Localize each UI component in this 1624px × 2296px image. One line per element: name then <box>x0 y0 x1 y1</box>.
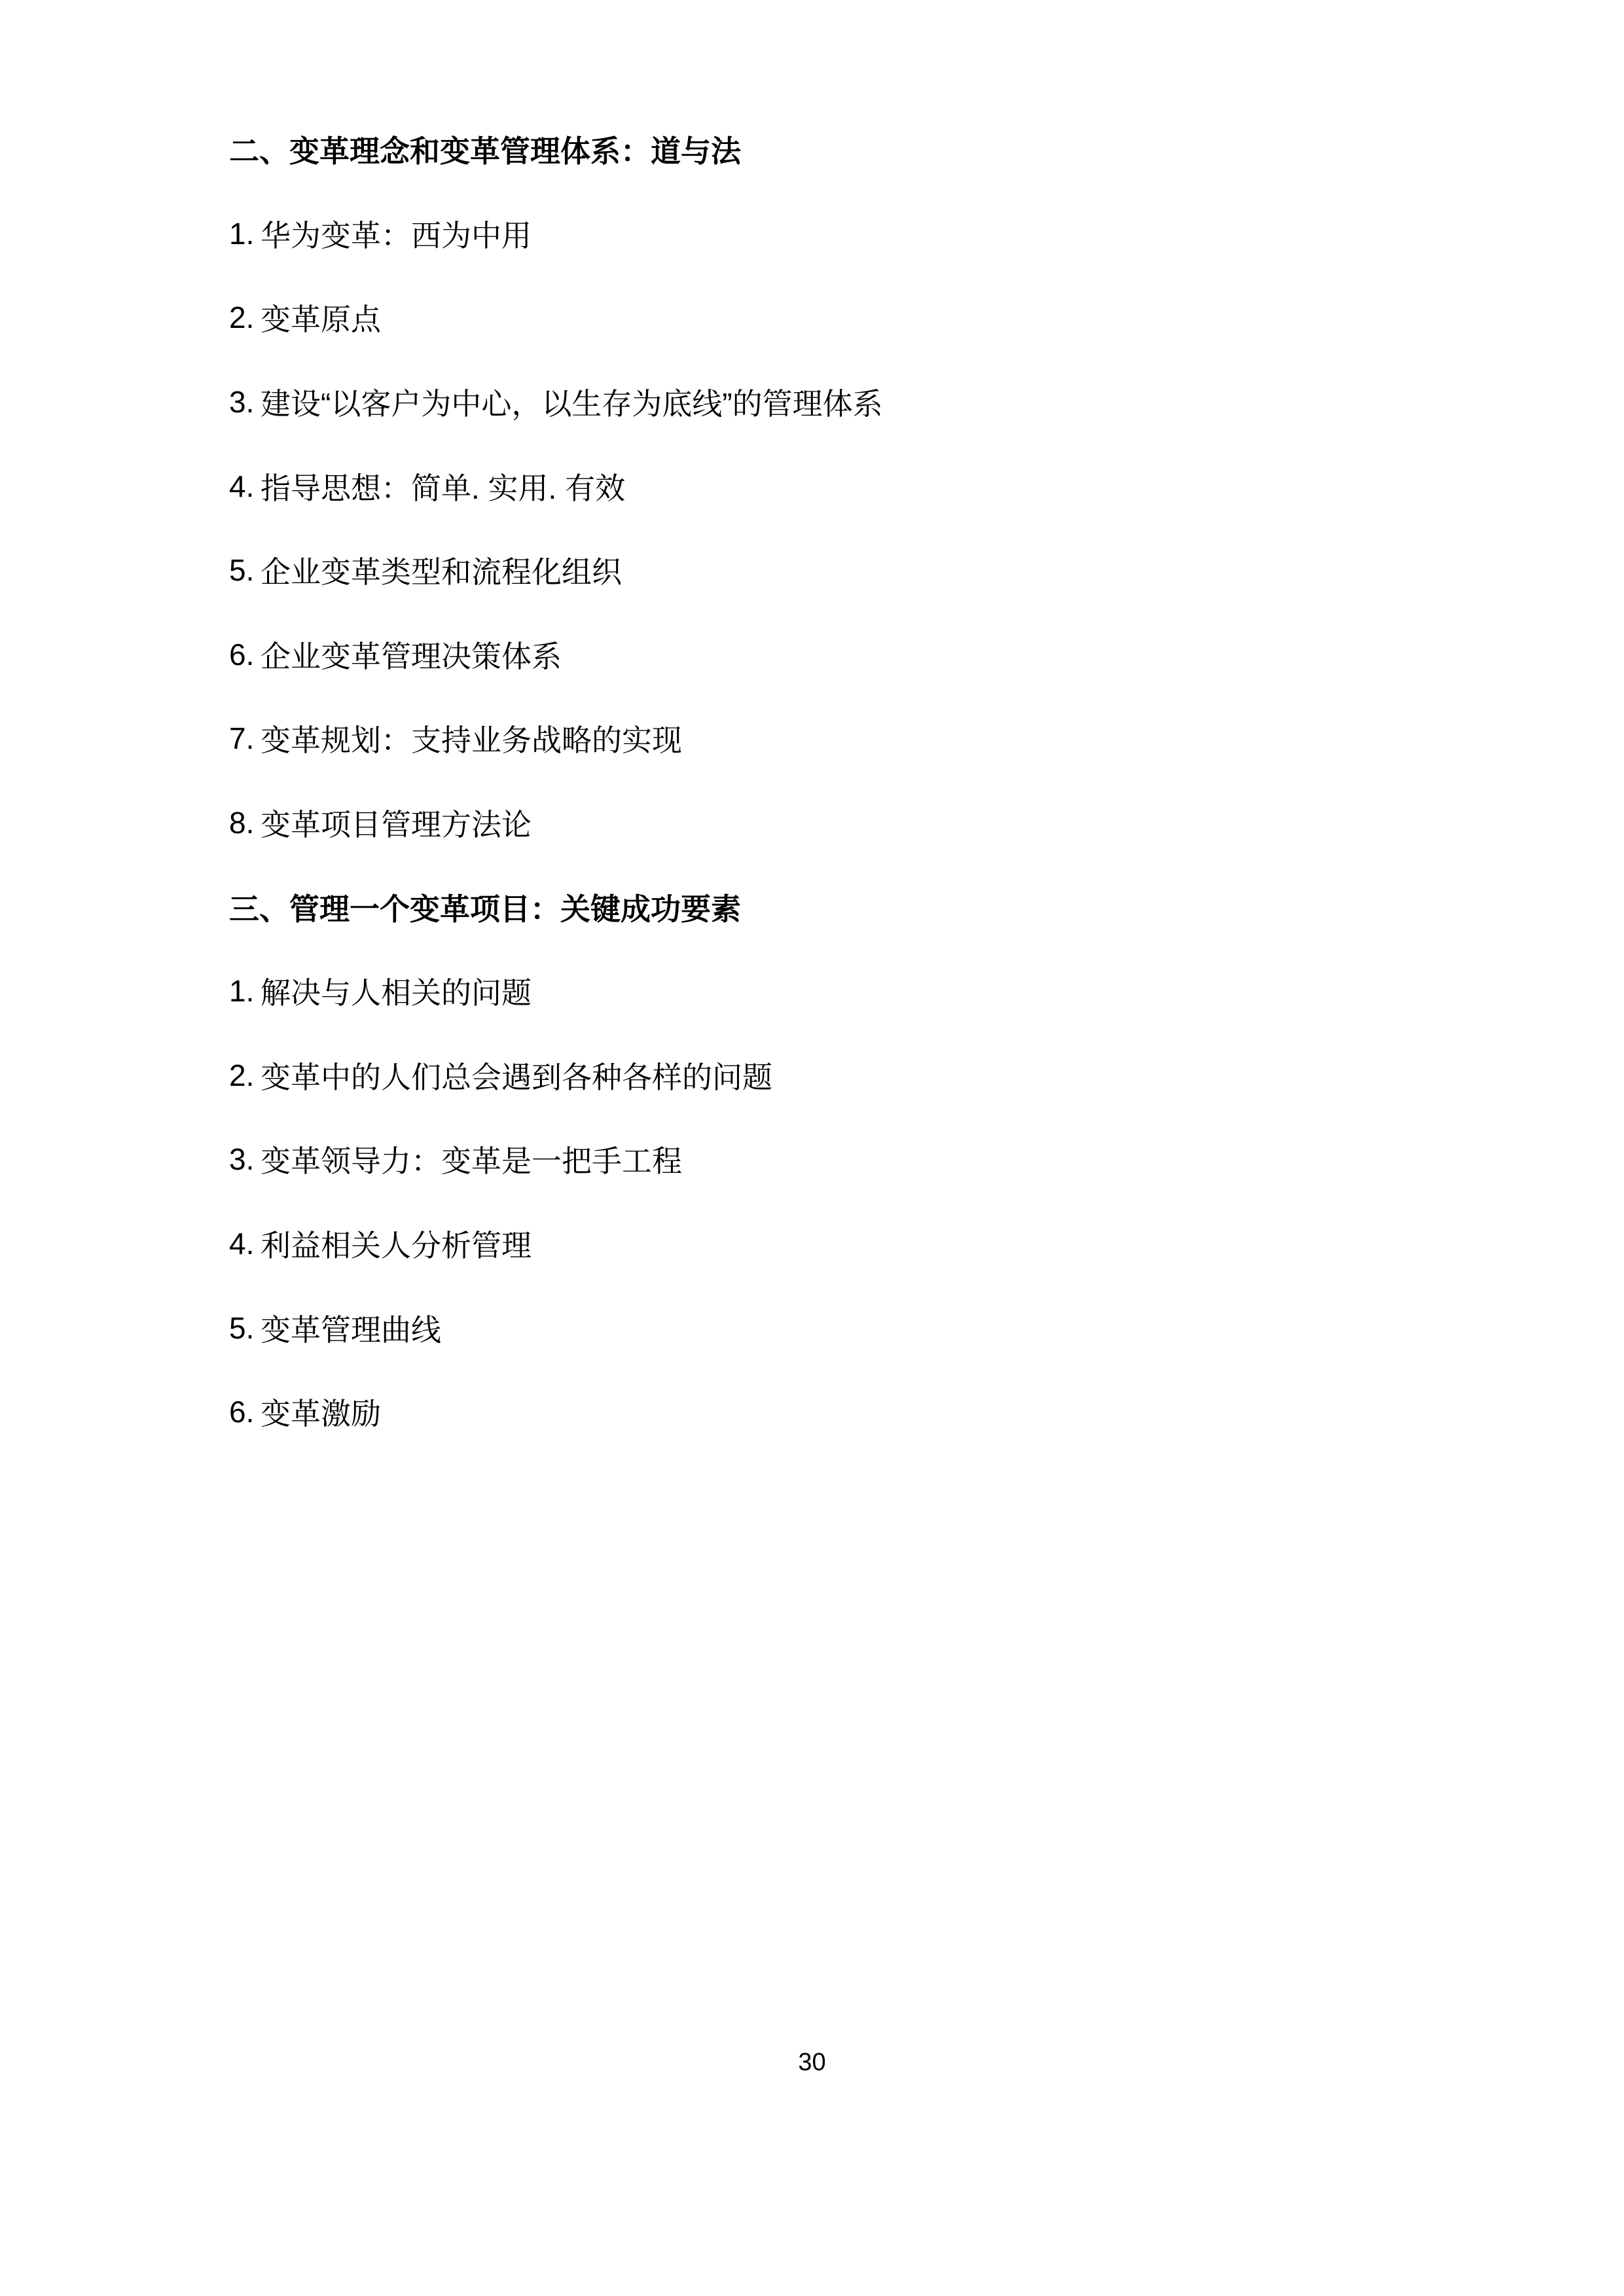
list-item: 4. 指导思想：简单. 实用. 有效 <box>229 444 1467 528</box>
item-text: 变革项目管理方法论 <box>261 801 532 844</box>
list-item: 5. 变革管理曲线 <box>229 1285 1467 1370</box>
page-number: 30 <box>0 2049 1624 2077</box>
item-number: 8. <box>229 805 261 840</box>
section-heading: 二、 变革理念和变革管理体系：道与法 <box>229 107 1467 192</box>
list-item: 2. 变革中的人们总会遇到各种各样的问题 <box>229 1033 1467 1118</box>
list-item: 6. 企业变革管理决策体系 <box>229 613 1467 697</box>
list-item: 4. 利益相关人分析管理 <box>229 1202 1467 1286</box>
list-item: 1. 解决与人相关的问题 <box>229 949 1467 1033</box>
item-number: 3. <box>229 384 261 420</box>
list-item: 8. 变革项目管理方法论 <box>229 781 1467 865</box>
item-number: 4. <box>229 469 261 504</box>
item-number: 1. <box>229 216 261 251</box>
list-item: 1. 华为变革：西为中用 <box>229 192 1467 276</box>
item-number: 6. <box>229 637 261 672</box>
item-text: 变革规划：支持业务战略的实现 <box>261 717 682 760</box>
heading-number: 三、 <box>229 886 289 929</box>
list-item: 3. 建设“以客户为中心，以生存为底线”的管理体系 <box>229 360 1467 444</box>
item-text: 变革领导力：变革是一把手工程 <box>261 1138 682 1181</box>
item-text: 企业变革类型和流程化组织 <box>261 548 622 592</box>
list-item: 7. 变革规划：支持业务战略的实现 <box>229 696 1467 781</box>
list-item: 5. 企业变革类型和流程化组织 <box>229 528 1467 613</box>
item-text: 企业变革管理决策体系 <box>261 633 562 676</box>
item-number: 6. <box>229 1394 261 1429</box>
section-heading: 三、 管理一个变革项目：关键成功要素 <box>229 865 1467 949</box>
item-number: 2. <box>229 300 261 335</box>
item-number: 5. <box>229 552 261 588</box>
heading-title: 变革理念和变革管理体系：道与法 <box>289 128 741 171</box>
item-number: 2. <box>229 1058 261 1093</box>
document-page: 二、 变革理念和变革管理体系：道与法 1. 华为变革：西为中用 2. 变革原点 … <box>0 0 1624 2296</box>
item-text: 指导思想：简单. 实用. 有效 <box>261 465 625 508</box>
heading-title: 管理一个变革项目：关键成功要素 <box>289 886 741 929</box>
item-text: 华为变革：西为中用 <box>261 212 532 255</box>
item-text: 变革激励 <box>261 1390 381 1433</box>
item-number: 3. <box>229 1141 261 1177</box>
document-body: 二、 变革理念和变革管理体系：道与法 1. 华为变革：西为中用 2. 变革原点 … <box>229 107 1467 1454</box>
item-number: 7. <box>229 721 261 756</box>
list-item: 3. 变革领导力：变革是一把手工程 <box>229 1117 1467 1202</box>
heading-number: 二、 <box>229 128 289 171</box>
item-text: 利益相关人分析管理 <box>261 1222 532 1265</box>
list-item: 2. 变革原点 <box>229 276 1467 360</box>
item-number: 1. <box>229 973 261 1009</box>
item-text: 变革中的人们总会遇到各种各样的问题 <box>261 1054 772 1097</box>
item-text: 变革管理曲线 <box>261 1306 441 1350</box>
item-text: 解决与人相关的问题 <box>261 969 532 1013</box>
item-number: 5. <box>229 1310 261 1346</box>
item-text: 变革原点 <box>261 296 381 339</box>
item-text: 建设“以客户为中心，以生存为底线”的管理体系 <box>261 380 883 423</box>
list-item: 6. 变革激励 <box>229 1370 1467 1454</box>
item-number: 4. <box>229 1226 261 1261</box>
